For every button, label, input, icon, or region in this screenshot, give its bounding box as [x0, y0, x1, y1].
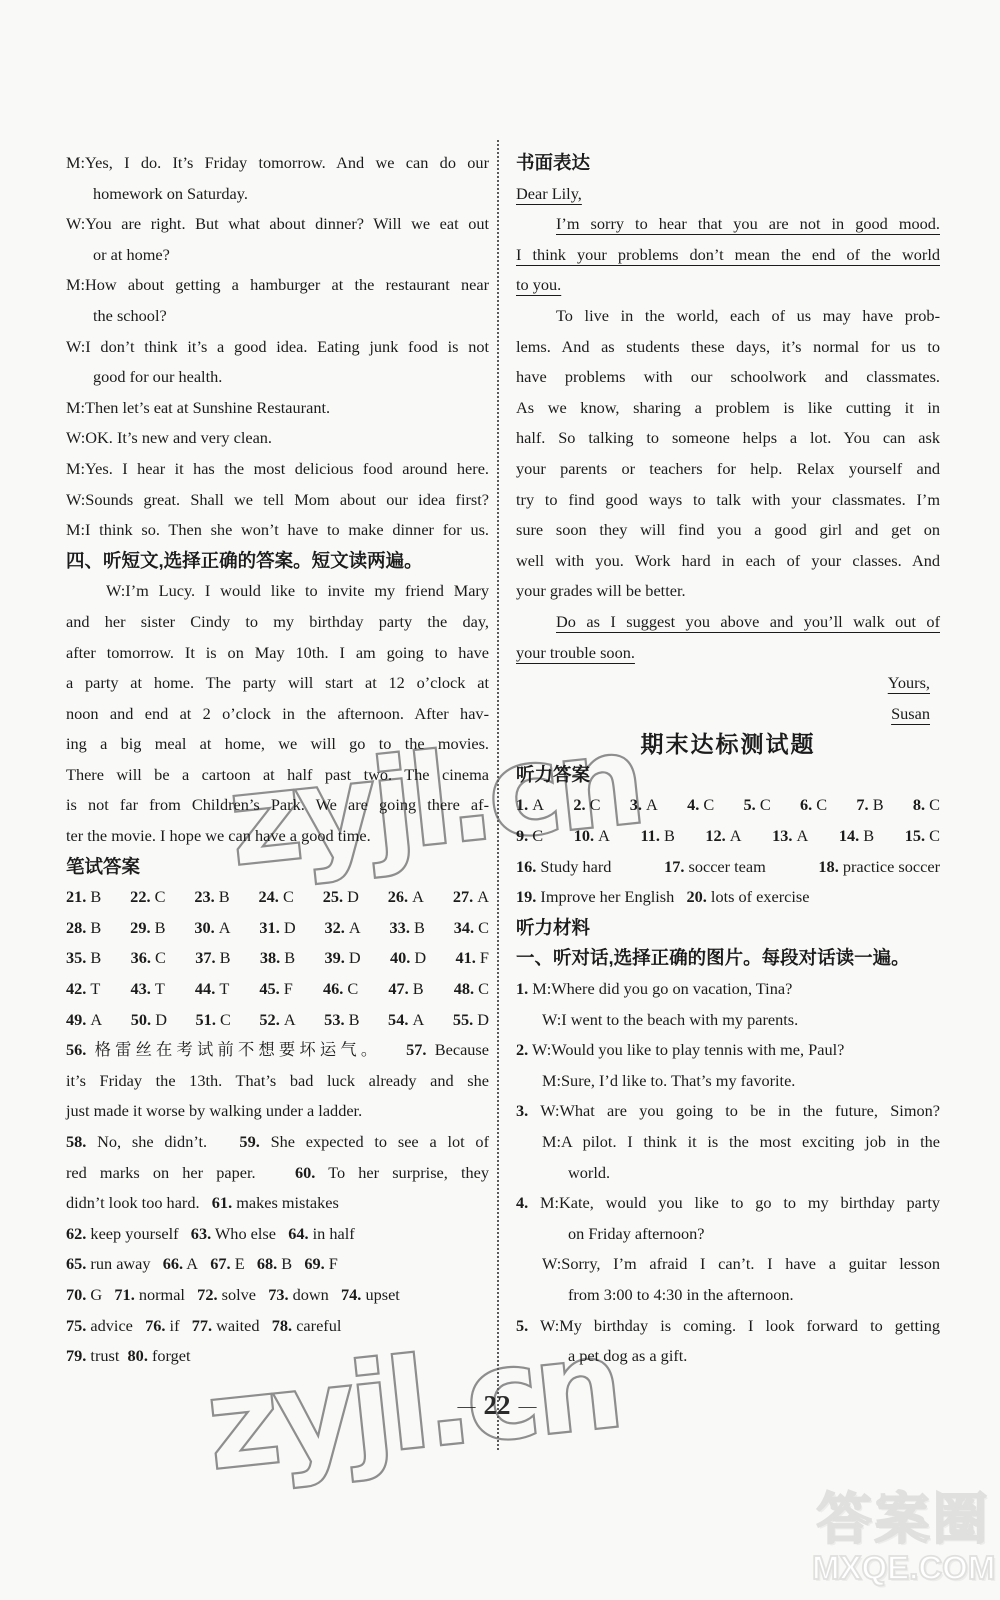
- text-segment: well with you. Work hard in each of your…: [516, 551, 940, 570]
- text-segment: Susan: [891, 704, 930, 723]
- answer-number: 7.: [856, 795, 868, 814]
- answer-item: 21. B: [66, 882, 101, 913]
- text-segment: W:Sounds great. Shall we tell Mom about …: [66, 490, 489, 509]
- text-line: Dear Lily,: [516, 179, 940, 210]
- answer-text: D: [473, 1010, 489, 1029]
- answer-item: 31. D: [259, 913, 295, 944]
- answer-text: B: [410, 918, 425, 937]
- answer-item: 4. C: [687, 790, 714, 821]
- answer-text: T: [151, 979, 165, 998]
- text-line: to you.: [516, 270, 940, 301]
- answer-item: 2. C: [573, 790, 600, 821]
- answer-item: 26. A: [388, 882, 424, 913]
- text-line: the school?: [93, 301, 489, 332]
- text-segment: advice: [86, 1316, 145, 1335]
- answer-item: 12. A: [705, 821, 741, 852]
- answer-text: A: [86, 1010, 102, 1029]
- answer-text: A: [408, 1010, 424, 1029]
- answer-item: 5. C: [744, 790, 771, 821]
- answer-text: C: [279, 887, 294, 906]
- answer-number: 76.: [145, 1316, 165, 1335]
- answer-number: 1.: [516, 979, 528, 998]
- logo-domain-watermark: MXQE.COM: [812, 1551, 995, 1584]
- answer-number: 50.: [131, 1010, 151, 1029]
- text-line: try to find good ways to talk with your …: [516, 485, 940, 516]
- answer-item: 52. A: [259, 1005, 295, 1036]
- answer-text: C: [151, 948, 166, 967]
- answer-number: 44.: [195, 979, 215, 998]
- answer-text: C: [812, 795, 827, 814]
- answer-item: 33. B: [390, 913, 425, 944]
- text-line: 65. run away 66. A 67. E 68. B 69. F: [66, 1249, 489, 1280]
- text-line: M:How about getting a hamburger at the r…: [66, 270, 489, 301]
- answer-item: 55. D: [453, 1005, 489, 1036]
- text-segment: A: [183, 1254, 210, 1273]
- text-line: M:A pilot. I think it is the most exciti…: [542, 1127, 940, 1158]
- answer-number: 48.: [454, 979, 474, 998]
- text-line: As we know, sharing a problem is like cu…: [516, 393, 940, 424]
- text-segment: your parents or teachers for help. Relax…: [516, 459, 940, 478]
- answer-text: C: [586, 795, 601, 814]
- answer-text: practice soccer: [839, 857, 940, 876]
- answer-text: C: [528, 826, 543, 845]
- answer-text: C: [151, 887, 166, 906]
- text-line: 62. keep yourself 63. Who else 64. in ha…: [66, 1219, 489, 1250]
- text-line: it’s Friday the 13th. That’s bad luck al…: [66, 1066, 489, 1097]
- text-segment: keep yourself: [86, 1224, 190, 1243]
- text-segment: B: [277, 1254, 304, 1273]
- text-line: didn’t look too hard. 61. makes mistakes: [66, 1188, 489, 1219]
- answer-number: 22.: [130, 887, 150, 906]
- answer-number: 61.: [212, 1193, 232, 1212]
- answer-item: 29. B: [130, 913, 165, 944]
- text-line: 75. advice 76. if 77. waited 78. careful: [66, 1311, 489, 1342]
- text-segment: have problems with our schoolwork and cl…: [516, 367, 940, 386]
- answer-number: 49.: [66, 1010, 86, 1029]
- text-line: 70. G 71. normal 72. solve 73. down 74. …: [66, 1280, 489, 1311]
- text-segment: M:Yes, I do. It’s Friday tomorrow. And w…: [66, 153, 489, 172]
- answer-item: 16. Study hard: [516, 852, 611, 883]
- answer-number: 79.: [66, 1346, 86, 1365]
- footer-dash-left: —: [458, 1396, 476, 1416]
- answer-number: 21.: [66, 887, 86, 906]
- answer-number: 74.: [341, 1285, 361, 1304]
- text-line: M:Then let’s eat at Sunshine Restaurant.: [66, 393, 489, 424]
- text-segment: 一、听对话,选择正确的图片。每段对话读一遍。: [516, 947, 910, 968]
- text-line: W:OK. It’s new and very clean.: [66, 423, 489, 454]
- answer-text: T: [215, 979, 229, 998]
- answer-number: 37.: [195, 948, 215, 967]
- text-segment: the school?: [93, 306, 167, 325]
- text-segment: W:I went to the beach with my parents.: [542, 1010, 798, 1029]
- text-segment: noon and end at 2 o’clock in the afterno…: [66, 704, 489, 723]
- text-line: 56. 格雷丝在考试前不想要坏运气。 57. Because: [66, 1035, 489, 1066]
- answer-number: 71.: [114, 1285, 134, 1304]
- answer-item: 37. B: [195, 943, 230, 974]
- answer-text: T: [86, 979, 100, 998]
- text-line: W:Sorry, I’m afraid I can’t. I have a gu…: [542, 1249, 940, 1280]
- text-line: 听力材料: [516, 913, 940, 944]
- answer-number: 14.: [839, 826, 859, 845]
- answer-number: 3.: [516, 1101, 528, 1120]
- answer-number: 27.: [453, 887, 473, 906]
- answer-item: 34. C: [454, 913, 489, 944]
- footer-dash-right: —: [519, 1396, 537, 1416]
- text-segment: 听力材料: [516, 917, 590, 938]
- text-line: Yours,: [516, 668, 940, 699]
- text-line: world.: [568, 1158, 940, 1189]
- answer-number: 2.: [516, 1040, 528, 1059]
- answer-item: 40. D: [390, 943, 426, 974]
- text-segment: a party at home. The party will start at…: [66, 673, 489, 692]
- text-line: have problems with our schoolwork and cl…: [516, 362, 940, 393]
- answer-number: 36.: [131, 948, 151, 967]
- answer-text: A: [215, 918, 231, 937]
- answer-number: 19.: [516, 887, 536, 906]
- text-segment: M:How about getting a hamburger at the r…: [66, 275, 489, 294]
- answer-item: 22. C: [130, 882, 165, 913]
- answer-item: 45. F: [259, 974, 293, 1005]
- text-segment: M:Yes. I hear it has the most delicious …: [66, 459, 489, 478]
- text-segment: E: [231, 1254, 257, 1273]
- answer-number: 12.: [705, 826, 725, 845]
- text-line: just made it worse by walking under a la…: [66, 1096, 489, 1127]
- answer-text: D: [343, 887, 359, 906]
- answer-number: 54.: [388, 1010, 408, 1029]
- answer-number: 62.: [66, 1224, 86, 1243]
- answer-number: 46.: [323, 979, 343, 998]
- answer-item: 46. C: [323, 974, 358, 1005]
- text-segment: your trouble soon.: [516, 643, 635, 662]
- answer-number: 57.: [406, 1040, 426, 1059]
- answer-item: 51. C: [196, 1005, 231, 1036]
- text-segment: forget: [148, 1346, 191, 1365]
- text-line: a party at home. The party will start at…: [66, 668, 489, 699]
- text-segment: There will be a cartoon at half past two…: [66, 765, 489, 784]
- answer-item: 17. soccer team: [664, 852, 766, 883]
- answer-number: 11.: [640, 826, 659, 845]
- answer-item: 28. B: [66, 913, 101, 944]
- answer-number: 63.: [191, 1224, 211, 1243]
- text-line: is not far from Children’s Park. We are …: [66, 790, 489, 821]
- answer-number: 38.: [260, 948, 280, 967]
- answer-number: 34.: [454, 918, 474, 937]
- text-line: homework on Saturday.: [93, 179, 489, 210]
- answer-number: 4.: [687, 795, 699, 814]
- answer-number: 67.: [210, 1254, 230, 1273]
- answer-number: 77.: [192, 1316, 212, 1335]
- text-segment: lots of exercise: [707, 887, 810, 906]
- answer-number: 30.: [194, 918, 214, 937]
- answer-text: B: [660, 826, 675, 845]
- answer-item: 6. C: [800, 790, 827, 821]
- text-line: W:Sounds great. Shall we tell Mom about …: [66, 485, 489, 516]
- text-segment: M:Then let’s eat at Sunshine Restaurant.: [66, 398, 330, 417]
- answer-text: B: [86, 918, 101, 937]
- answer-item: 1. A: [516, 790, 544, 821]
- text-line: I think your problems don’t mean the end…: [516, 240, 940, 271]
- text-segment: M:I think so. Then she won’t have to mak…: [66, 520, 489, 539]
- text-line: 49. A50. D51. C52. A53. B54. A55. D: [66, 1005, 489, 1036]
- text-segment: didn’t look too hard.: [66, 1193, 212, 1212]
- answer-number: 78.: [272, 1316, 292, 1335]
- answer-number: 33.: [390, 918, 410, 937]
- answer-item: 48. C: [454, 974, 489, 1005]
- answer-number: 52.: [259, 1010, 279, 1029]
- text-segment: upset: [361, 1285, 399, 1304]
- text-line: 1. A2. C3. A4. C5. C6. C7. B8. C: [516, 790, 940, 821]
- text-segment: good for our health.: [93, 367, 222, 386]
- text-line: half. So talking to someone helps a lot.…: [516, 423, 940, 454]
- text-line: 58. No, she didn’t. 59. She expected to …: [66, 1127, 489, 1158]
- answer-text: B: [280, 948, 295, 967]
- text-segment: down: [289, 1285, 341, 1304]
- answer-item: 23. B: [194, 882, 229, 913]
- answer-text: A: [528, 795, 544, 814]
- text-line: good for our health.: [93, 362, 489, 393]
- answer-number: 72.: [197, 1285, 217, 1304]
- answer-text: C: [925, 795, 940, 814]
- text-segment: To her surprise, they: [315, 1163, 489, 1182]
- answer-number: 75.: [66, 1316, 86, 1335]
- text-segment: Improve her English: [536, 887, 686, 906]
- text-segment: just made it worse by walking under a la…: [66, 1101, 362, 1120]
- answer-item: 39. D: [324, 943, 360, 974]
- text-segment: ing a big meal at home, we will go to th…: [66, 734, 489, 753]
- text-segment: W:My birthday is coming. I look forward …: [528, 1316, 940, 1335]
- answer-number: 70.: [66, 1285, 86, 1304]
- answer-item: 9. C: [516, 821, 543, 852]
- answer-text: C: [699, 795, 714, 814]
- answer-number: 17.: [664, 857, 684, 876]
- text-segment: normal: [135, 1285, 197, 1304]
- text-line: M:Yes, I do. It’s Friday tomorrow. And w…: [66, 148, 489, 179]
- answer-item: 25. D: [323, 882, 359, 913]
- answer-number: 73.: [268, 1285, 288, 1304]
- text-segment: 格雷丝在考试前不想要坏运气。: [86, 1040, 406, 1059]
- answer-number: 68.: [257, 1254, 277, 1273]
- text-segment: it’s Friday the 13th. That’s bad luck al…: [66, 1071, 489, 1090]
- answer-item: 3. A: [630, 790, 658, 821]
- text-line: well with you. Work hard in each of your…: [516, 546, 940, 577]
- text-line: your trouble soon.: [516, 638, 940, 669]
- text-line: 16. Study hard17. soccer team18. practic…: [516, 852, 940, 883]
- answer-item: 47. B: [388, 974, 423, 1005]
- text-segment: waited: [212, 1316, 272, 1335]
- text-segment: from 3:00 to 4:30 in the afternoon.: [568, 1285, 794, 1304]
- answer-number: 20.: [686, 887, 706, 906]
- text-line: a pet dog as a gift.: [568, 1341, 940, 1372]
- answer-text: B: [216, 948, 231, 967]
- text-segment: M:A pilot. I think it is the most exciti…: [542, 1132, 940, 1151]
- text-segment: 期末达标测试题: [641, 731, 816, 757]
- answer-number: 31.: [259, 918, 279, 937]
- answer-number: 9.: [516, 826, 528, 845]
- answer-item: 54. A: [388, 1005, 424, 1036]
- footer-page-number: 22: [484, 1390, 511, 1420]
- text-line: W:You are right. But what about dinner? …: [66, 209, 489, 240]
- answer-text: D: [345, 948, 361, 967]
- text-segment: F: [325, 1254, 338, 1273]
- answer-text: F: [476, 948, 489, 967]
- answer-item: 11. B: [640, 821, 674, 852]
- answer-text: A: [473, 887, 489, 906]
- answer-text: D: [280, 918, 296, 937]
- text-line: W:I don’t think it’s a good idea. Eating…: [66, 332, 489, 363]
- text-line: lems. And as students these days, it’s n…: [516, 332, 940, 363]
- answer-text: B: [345, 1010, 360, 1029]
- text-line: 1. M:Where did you go on vacation, Tina?: [516, 974, 940, 1005]
- text-segment: Because: [426, 1040, 489, 1059]
- text-segment: on Friday afternoon?: [568, 1224, 705, 1243]
- text-line: 9. C10. A11. B12. A13. A14. B15. C: [516, 821, 940, 852]
- answer-number: 5.: [744, 795, 756, 814]
- text-line: To live in the world, each of us may hav…: [556, 301, 940, 332]
- text-line: on Friday afternoon?: [568, 1219, 940, 1250]
- answer-number: 56.: [66, 1040, 86, 1059]
- text-segment: I’m sorry to hear that you are not in go…: [556, 214, 940, 233]
- text-segment: G: [86, 1285, 114, 1304]
- answer-item: 10. A: [574, 821, 610, 852]
- answer-item: 49. A: [66, 1005, 102, 1036]
- answer-number: 4.: [516, 1193, 528, 1212]
- answer-item: 27. A: [453, 882, 489, 913]
- answer-number: 18.: [818, 857, 838, 876]
- answer-item: 8. C: [913, 790, 940, 821]
- answer-number: 2.: [573, 795, 585, 814]
- answer-text: D: [151, 1010, 167, 1029]
- answer-text: B: [859, 826, 874, 845]
- text-line: 一、听对话,选择正确的图片。每段对话读一遍。: [516, 943, 940, 974]
- answer-item: 38. B: [260, 943, 295, 974]
- text-line: 期末达标测试题: [516, 729, 940, 760]
- text-segment: makes mistakes: [232, 1193, 339, 1212]
- text-line: 35. B36. C37. B38. B39. D40. D41. F: [66, 943, 489, 974]
- answer-text: B: [869, 795, 884, 814]
- answer-number: 15.: [905, 826, 925, 845]
- text-line: 42. T43. T44. T45. F46. C47. B48. C: [66, 974, 489, 1005]
- text-segment: run away: [86, 1254, 162, 1273]
- answer-number: 55.: [453, 1010, 473, 1029]
- text-segment: To live in the world, each of us may hav…: [556, 306, 940, 325]
- answer-site-logo: 答案圈 MXQE.COM: [812, 1492, 995, 1584]
- answer-text: B: [215, 887, 230, 906]
- text-segment: red marks on her paper.: [66, 1163, 295, 1182]
- text-segment: W:Sorry, I’m afraid I can’t. I have a gu…: [542, 1254, 940, 1273]
- answer-number: 45.: [259, 979, 279, 998]
- answer-text: C: [474, 918, 489, 937]
- text-line: M:Sure, I’d like to. That’s my favorite.: [542, 1066, 940, 1097]
- column-divider: [497, 140, 499, 1450]
- answer-number: 8.: [913, 795, 925, 814]
- answer-number: 16.: [516, 857, 536, 876]
- answer-number: 60.: [295, 1163, 315, 1182]
- text-line: ter the movie. I hope we can have a good…: [66, 821, 489, 852]
- text-line: noon and end at 2 o’clock in the afterno…: [66, 699, 489, 730]
- answer-item: 32. A: [324, 913, 360, 944]
- text-segment: to you.: [516, 275, 561, 294]
- answer-item: 13. A: [772, 821, 808, 852]
- text-segment: and her sister Cindy to my birthday part…: [66, 612, 489, 631]
- answer-number: 42.: [66, 979, 86, 998]
- answer-number: 26.: [388, 887, 408, 906]
- page-number: —22—: [397, 1390, 597, 1421]
- answer-text: C: [925, 826, 940, 845]
- text-segment: a pet dog as a gift.: [568, 1346, 687, 1365]
- answer-text: A: [408, 887, 424, 906]
- answer-item: 14. B: [839, 821, 874, 852]
- answer-number: 65.: [66, 1254, 86, 1273]
- text-segment: 四、听短文,选择正确的答案。短文读两遍。: [66, 550, 423, 571]
- text-line: 28. B29. B30. A31. D32. A33. B34. C: [66, 913, 489, 944]
- text-line: your grades will be better.: [516, 576, 940, 607]
- text-segment: homework on Saturday.: [93, 184, 248, 203]
- text-segment: 书面表达: [516, 152, 590, 173]
- text-segment: your grades will be better.: [516, 581, 686, 600]
- answer-number: 64.: [288, 1224, 308, 1243]
- answer-number: 53.: [324, 1010, 344, 1029]
- answer-text: A: [280, 1010, 296, 1029]
- text-segment: lems. And as students these days, it’s n…: [516, 337, 940, 356]
- text-line: and her sister Cindy to my birthday part…: [66, 607, 489, 638]
- text-line: M:Yes. I hear it has the most delicious …: [66, 454, 489, 485]
- text-line: 3. W:What are you going to be in the fut…: [516, 1096, 940, 1127]
- answer-number: 40.: [390, 948, 410, 967]
- text-segment: As we know, sharing a problem is like cu…: [516, 398, 940, 417]
- text-line: 四、听短文,选择正确的答案。短文读两遍。: [66, 546, 489, 577]
- text-line: W:I’m Lucy. I would like to invite my fr…: [106, 576, 489, 607]
- scanned-answer-page: zyjl.cn zyjl.cn M:Yes, I do. It’s Friday…: [0, 0, 1000, 1600]
- text-segment: W:What are you going to be in the future…: [528, 1101, 940, 1120]
- answer-item: 42. T: [66, 974, 100, 1005]
- answer-number: 28.: [66, 918, 86, 937]
- text-segment: No, she didn’t.: [86, 1132, 239, 1151]
- answer-item: 15. C: [905, 821, 940, 852]
- answer-number: 41.: [455, 948, 475, 967]
- answer-number: 24.: [259, 887, 279, 906]
- text-line: your parents or teachers for help. Relax…: [516, 454, 940, 485]
- answer-number: 80.: [128, 1346, 148, 1365]
- text-segment: 笔试答案: [66, 856, 140, 877]
- answer-text: A: [792, 826, 808, 845]
- answer-number: 59.: [239, 1132, 259, 1151]
- text-line: after tomorrow. It is on May 10th. I am …: [66, 638, 489, 669]
- text-line: 笔试答案: [66, 852, 489, 883]
- answer-item: 35. B: [66, 943, 101, 974]
- answer-text: B: [86, 887, 101, 906]
- text-line: 21. B22. C23. B24. C25. D26. A27. A: [66, 882, 489, 913]
- text-segment: M:Sure, I’d like to. That’s my favorite.: [542, 1071, 795, 1090]
- text-line: 79. trust 80. forget: [66, 1341, 489, 1372]
- answer-number: 29.: [130, 918, 150, 937]
- text-line: Susan: [516, 699, 940, 730]
- text-segment: Dear Lily,: [516, 184, 582, 203]
- text-segment: W:OK. It’s new and very clean.: [66, 428, 272, 447]
- answer-item: 36. C: [131, 943, 166, 974]
- answer-number: 10.: [574, 826, 594, 845]
- text-segment: half. So talking to someone helps a lot.…: [516, 428, 940, 447]
- text-line: 书面表达: [516, 148, 940, 179]
- answer-number: 13.: [772, 826, 792, 845]
- answer-text: C: [343, 979, 358, 998]
- text-segment: is not far from Children’s Park. We are …: [66, 795, 489, 814]
- text-line: ing a big meal at home, we will go to th…: [66, 729, 489, 760]
- text-segment: W:I don’t think it’s a good idea. Eating…: [66, 337, 489, 356]
- text-line: 19. Improve her English 20. lots of exer…: [516, 882, 940, 913]
- text-segment: if: [165, 1316, 191, 1335]
- answer-text: A: [726, 826, 742, 845]
- text-segment: M:Kate, would you like to go to my birth…: [528, 1193, 940, 1212]
